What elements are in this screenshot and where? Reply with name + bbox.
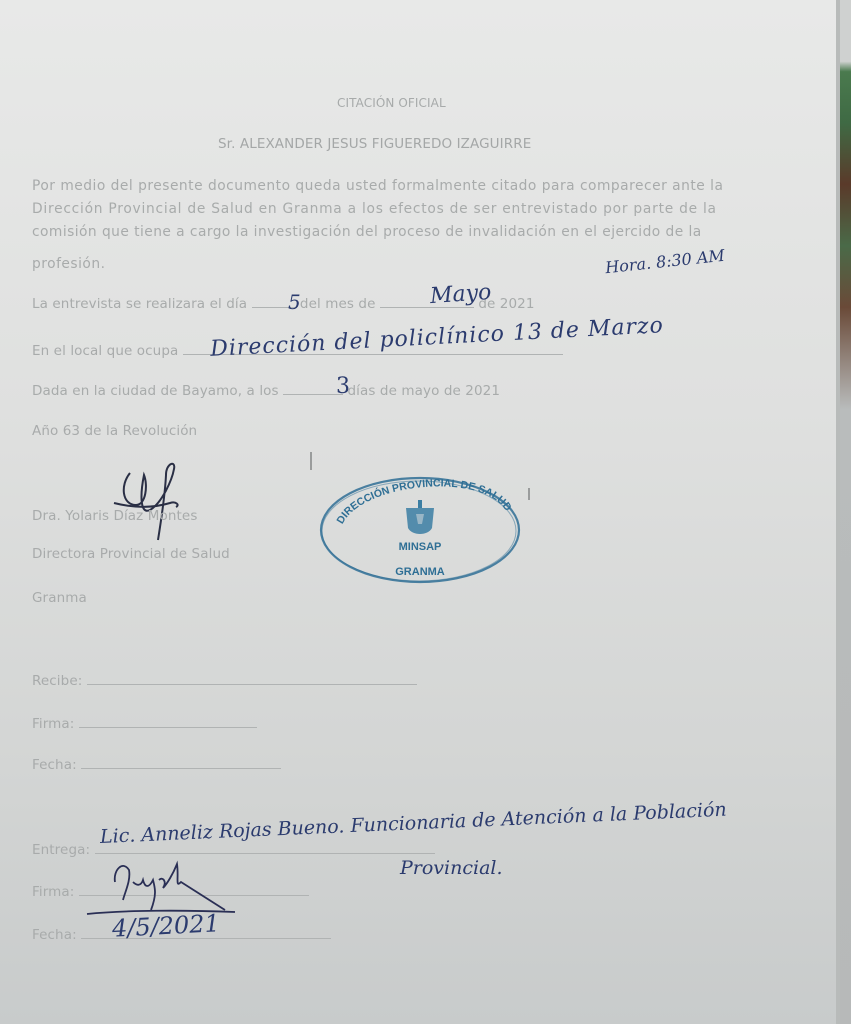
body-line-1: Por medio del presente documento queda u… (32, 178, 723, 194)
body-line-3: comisión que tiene a cargo la investigac… (32, 224, 702, 240)
recibe-firma-field (79, 727, 257, 728)
given-day-field (283, 394, 343, 395)
recibe-fecha-field (81, 768, 281, 769)
entrega-value-line2: Provincial. (400, 857, 503, 879)
official-stamp: DIRECCIÓN PROVINCIAL DE SALUD MINSAP GRA… (318, 470, 523, 585)
faint-mark (310, 452, 312, 470)
entrega-value-line1: Lic. Anneliz Rojas Bueno. Funcionaria de… (100, 799, 728, 848)
handwritten-time: Hora. 8:30 AM (604, 246, 725, 277)
location-prefix: En el local que ocupa (32, 343, 178, 359)
document-title: CITACIÓN OFICIAL (337, 96, 446, 110)
recibe-field (87, 684, 417, 685)
given-line: Dada en la ciudad de Bayamo, a los días … (32, 383, 500, 399)
stamp-middle-text: MINSAP (399, 541, 442, 553)
entrega-firma-label: Firma: (32, 884, 74, 900)
director-signature (110, 455, 200, 550)
recibe-fecha-label: Fecha: (32, 757, 77, 773)
recibe-line: Recibe: (32, 673, 417, 689)
given-prefix: Dada en la ciudad de Bayamo, a los (32, 383, 279, 399)
entrega-fecha-value: 4/5/2021 (111, 909, 220, 943)
recibe-firma-line: Firma: (32, 716, 257, 732)
recipient-name: Sr. ALEXANDER JESUS FIGUEREDO IZAGUIRRE (218, 136, 531, 152)
recibe-firma-label: Firma: (32, 716, 74, 732)
coat-of-arms-icon (406, 500, 434, 534)
background-edge (836, 0, 851, 1024)
signatory-name: Dra. Yolaris Díaz Montes (32, 508, 197, 524)
given-suffix: días de mayo de 2021 (347, 383, 500, 399)
document-page: CITACIÓN OFICIAL Sr. ALEXANDER JESUS FIG… (0, 0, 836, 1024)
stamp-bottom-text: GRANMA (395, 566, 445, 578)
body-line-2: Dirección Provincial de Salud en Granma … (32, 201, 717, 217)
signatory-province: Granma (32, 590, 87, 606)
recibe-label: Recibe: (32, 673, 82, 689)
entrega-label: Entrega: (32, 842, 90, 858)
given-day-value: 3 (336, 374, 350, 399)
entrega-fecha-label: Fecha: (32, 927, 77, 943)
interview-month-value: Mayo (429, 280, 492, 309)
faint-mark (528, 488, 530, 500)
interview-month-field (380, 307, 474, 308)
recibe-fecha-line: Fecha: (32, 757, 281, 773)
year-line: Año 63 de la Revolución (32, 423, 197, 439)
interview-day-value: 5 (288, 290, 301, 314)
interview-middle: del mes de (300, 296, 376, 312)
interview-prefix: La entrevista se realizara el día (32, 296, 247, 312)
signatory-role: Directora Provincial de Salud (32, 546, 230, 562)
body-line-4: profesión. (32, 256, 106, 272)
